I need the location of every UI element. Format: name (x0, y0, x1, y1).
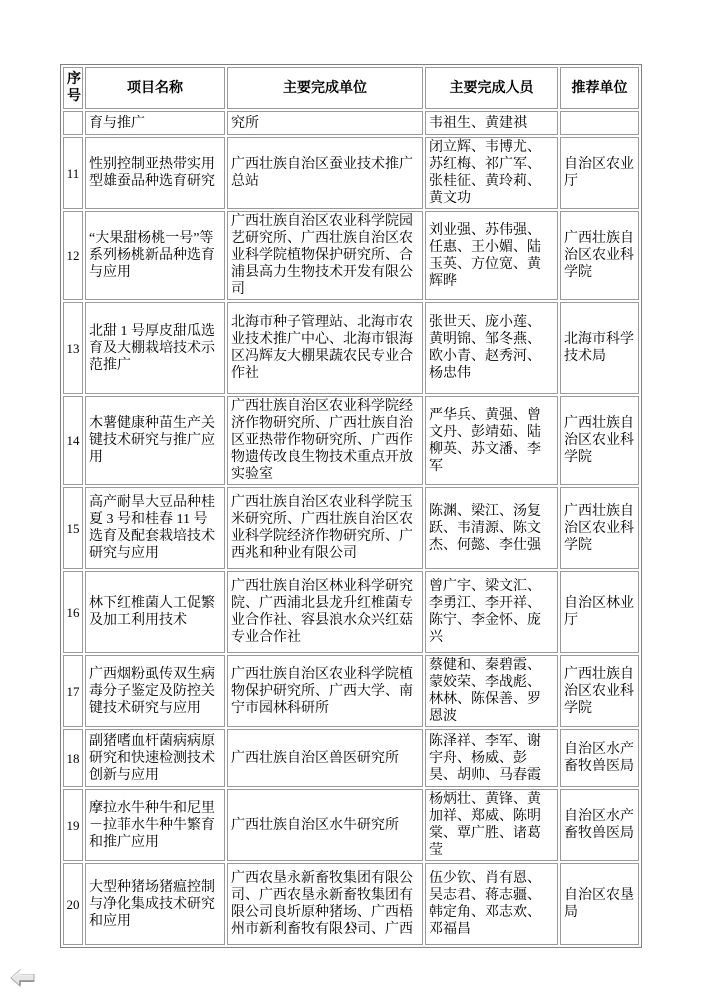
cell-no: 11 (63, 137, 83, 209)
cell-units: 广西壮族自治区蚕业技术推广总站 (227, 137, 423, 209)
cell-people: 张世天、庞小莲、黄明锦、邹冬燕、欧小青、赵秀河、杨忠伟 (425, 302, 558, 394)
cell-recommender: 广西壮族自治区农业科学院 (560, 211, 639, 300)
cell-units: 广西壮族自治区水牛研究所 (227, 789, 423, 861)
cell-project: 育与推广 (85, 111, 225, 135)
cell-people: 陈渊、梁江、汤复跃、韦清源、陈文杰、何懿、李仕强 (425, 487, 558, 569)
cell-project: 北甜 1 号厚皮甜瓜选育及大棚栽培技术示范推广 (85, 302, 225, 394)
col-header-no: 序号 (63, 67, 83, 109)
cell-recommender: 北海市科学技术局 (560, 302, 639, 394)
cell-people: 蔡健和、秦碧霞、蒙姣荣、李战彪、林林、陈保善、罗恩波 (425, 655, 558, 727)
table-row: 18 副猪嗜血杆菌病病原研究和快速检测技术创新与应用 广西壮族自治区兽医研究所 … (63, 729, 639, 787)
cell-people: 刘业强、苏伟强、任惠、王小媚、陆玉英、方位宽、黄辉晔 (425, 211, 558, 300)
cell-units: 北海市种子管理站、北海市农业技术推广中心、北海市银海区冯辉友大棚果蔬农民专业合作… (227, 302, 423, 394)
table-row: 16 林下红椎菌人工促繁及加工利用技术 广西壮族自治区林业科学研究院、广西浦北县… (63, 571, 639, 653)
document-page: 序号 项目名称 主要完成单位 主要完成人员 推荐单位 育与推广 究所 韦祖生、黄… (0, 0, 701, 996)
cell-no: 15 (63, 487, 83, 569)
cell-project: 性别控制亚热带实用型雄蚕品种选育研究 (85, 137, 225, 209)
table-row: 15 高产耐旱大豆品种桂夏 3 号和桂春 11 号选育及配套栽培技术研究与应用 … (63, 487, 639, 569)
cell-units: 广西壮族自治区林业科学研究院、广西浦北县龙升红椎菌专业合作社、容县浪水众兴红菇专… (227, 571, 423, 653)
table-row: 19 摩拉水牛种牛和尼里－拉菲水牛种牛繁育和推广应用 广西壮族自治区水牛研究所 … (63, 789, 639, 861)
cell-units: 广西壮族自治区农业科学院植物保护研究所、广西大学、南宁市园林科研所 (227, 655, 423, 727)
table-row: 17 广西烟粉虱传双生病毒分子鉴定及防控关键技术研究与应用 广西壮族自治区农业科… (63, 655, 639, 727)
cell-no (63, 111, 83, 135)
cell-units: 广西壮族自治区农业科学院经济作物研究所、广西壮族自治区亚热带作物研究所、广西作物… (227, 396, 423, 485)
col-header-people: 主要完成人员 (425, 67, 558, 109)
cell-people: 杨炳壮、黄锋、黄加祥、郑威、陈明棠、覃广胜、诸葛莹 (425, 789, 558, 861)
back-arrow-icon[interactable] (10, 968, 37, 989)
cell-people: 闭立辉、韦博尤、苏红梅、祁广军、张桂征、黄玲莉、黄文功 (425, 137, 558, 209)
cell-units: 广西壮族自治区兽医研究所 (227, 729, 423, 787)
cell-project: “大果甜杨桃一号”等系列杨桃新品种选育与应用 (85, 211, 225, 300)
cell-recommender: 自治区水产畜牧兽医局 (560, 729, 639, 787)
cell-no: 13 (63, 302, 83, 394)
col-header-recommender: 推荐单位 (560, 67, 639, 109)
cell-no: 12 (63, 211, 83, 300)
cell-no: 19 (63, 789, 83, 861)
cell-recommender: 自治区水产畜牧兽医局 (560, 789, 639, 861)
page-number: 13 (60, 919, 642, 934)
table-row: 11 性别控制亚热带实用型雄蚕品种选育研究 广西壮族自治区蚕业技术推广总站 闭立… (63, 137, 639, 209)
col-header-project: 项目名称 (85, 67, 225, 109)
cell-project: 林下红椎菌人工促繁及加工利用技术 (85, 571, 225, 653)
cell-recommender: 广西壮族自治区农业科学院 (560, 655, 639, 727)
cell-no: 17 (63, 655, 83, 727)
cell-people: 曾广宇、梁文汇、李勇江、李开祥、陈宁、李金怀、庞兴 (425, 571, 558, 653)
cell-no: 18 (63, 729, 83, 787)
projects-table: 序号 项目名称 主要完成单位 主要完成人员 推荐单位 育与推广 究所 韦祖生、黄… (60, 64, 642, 948)
cell-people: 韦祖生、黄建祺 (425, 111, 558, 135)
cell-people: 严华兵、黄强、曾文丹、彭靖茹、陆柳英、苏文潘、李军 (425, 396, 558, 485)
col-header-units: 主要完成单位 (227, 67, 423, 109)
cell-recommender: 广西壮族自治区农业科学院 (560, 396, 639, 485)
cell-units: 广西壮族自治区农业科学院园艺研究所、广西壮族自治区农业科学院植物保护研究所、合浦… (227, 211, 423, 300)
cell-project: 副猪嗜血杆菌病病原研究和快速检测技术创新与应用 (85, 729, 225, 787)
cell-people: 陈泽祥、李军、谢宇舟、杨威、彭昊、胡帅、马春霞 (425, 729, 558, 787)
cell-units: 广西壮族自治区农业科学院玉米研究所、广西壮族自治区农业科学院经济作物研究所、广西… (227, 487, 423, 569)
cell-recommender: 广西壮族自治区农业科学院 (560, 487, 639, 569)
table-row: 12 “大果甜杨桃一号”等系列杨桃新品种选育与应用 广西壮族自治区农业科学院园艺… (63, 211, 639, 300)
table-row: 育与推广 究所 韦祖生、黄建祺 (63, 111, 639, 135)
table-header-row: 序号 项目名称 主要完成单位 主要完成人员 推荐单位 (63, 67, 639, 109)
table-row: 14 木薯健康种苗生产关键技术研究与推广应用 广西壮族自治区农业科学院经济作物研… (63, 396, 639, 485)
cell-no: 14 (63, 396, 83, 485)
cell-recommender: 自治区农业厅 (560, 137, 639, 209)
cell-no: 16 (63, 571, 83, 653)
cell-units: 究所 (227, 111, 423, 135)
cell-project: 木薯健康种苗生产关键技术研究与推广应用 (85, 396, 225, 485)
table-row: 13 北甜 1 号厚皮甜瓜选育及大棚栽培技术示范推广 北海市种子管理站、北海市农… (63, 302, 639, 394)
cell-project: 摩拉水牛种牛和尼里－拉菲水牛种牛繁育和推广应用 (85, 789, 225, 861)
cell-project: 高产耐旱大豆品种桂夏 3 号和桂春 11 号选育及配套栽培技术研究与应用 (85, 487, 225, 569)
cell-recommender (560, 111, 639, 135)
cell-recommender: 自治区林业厅 (560, 571, 639, 653)
cell-project: 广西烟粉虱传双生病毒分子鉴定及防控关键技术研究与应用 (85, 655, 225, 727)
